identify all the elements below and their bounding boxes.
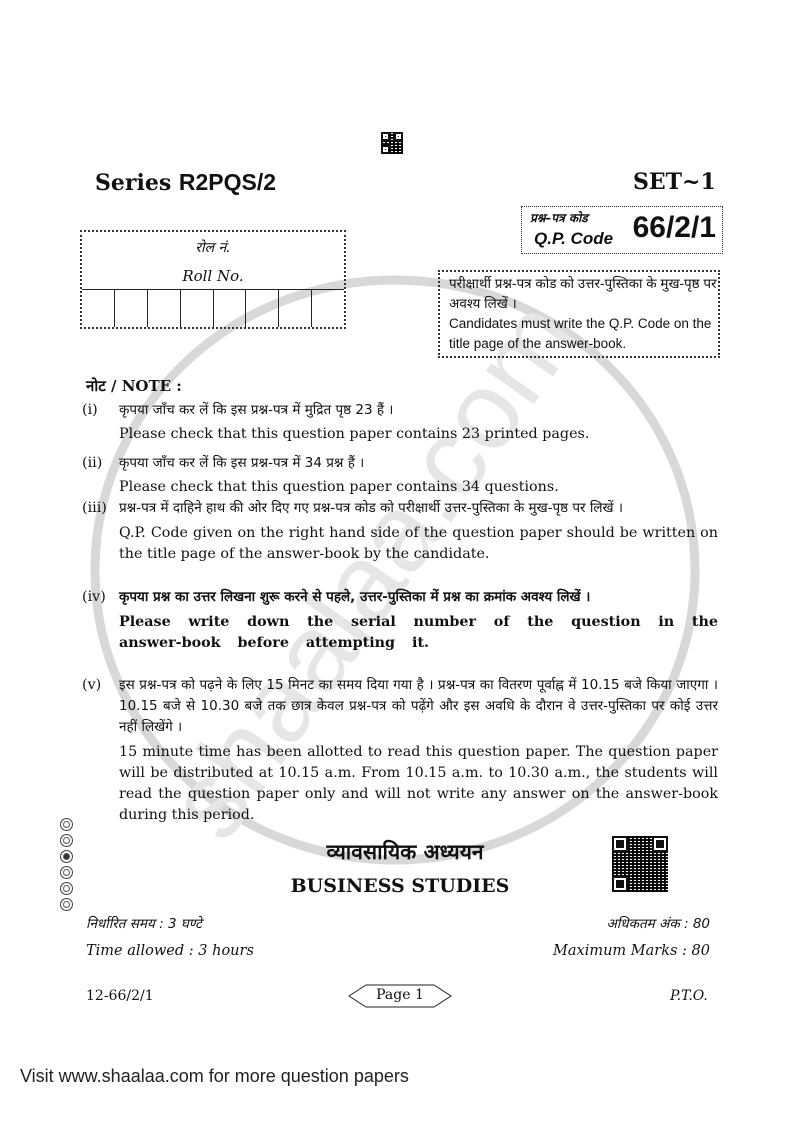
max-marks-hindi: अधिकतम अंक : 80 xyxy=(606,914,710,932)
roll-number-cell[interactable] xyxy=(246,290,279,327)
note-item-english: Please check that this question paper co… xyxy=(119,477,718,498)
qp-code-box: प्रश्न–पत्र कोड Q.P. Code 66/2/1 xyxy=(521,206,723,254)
qp-code-label-hindi: प्रश्न–पत्र कोड xyxy=(530,209,588,226)
series-label: Series R2PQS/2 xyxy=(95,169,276,196)
roll-number-cells xyxy=(82,289,344,327)
roll-label-english: Roll No. xyxy=(82,267,344,285)
qp-code-value: 66/2/1 xyxy=(633,211,716,245)
subject-title-hindi: व्यावसायिक अध्ययन xyxy=(290,838,520,866)
candidate-instruction-english: Candidates must write the Q.P. Code on t… xyxy=(449,314,718,354)
note-item-hindi: कृपया प्रश्न का उत्तर लिखना शुरू करने से… xyxy=(119,587,718,608)
series-code: R2PQS/2 xyxy=(179,169,276,195)
top-qr-code-icon xyxy=(381,132,403,154)
roll-number-cell[interactable] xyxy=(214,290,247,327)
paper-code-footer: 12-66/2/1 xyxy=(86,988,154,1004)
roll-number-cell[interactable] xyxy=(148,290,181,327)
note-item: (ii) कृपया जाँच कर लें कि इस प्रश्न-पत्र… xyxy=(82,453,718,498)
qp-code-label-english: Q.P. Code xyxy=(534,229,613,249)
page-number-tag: Page 1 xyxy=(348,984,452,1008)
candidate-instruction-hindi: परीक्षार्थी प्रश्न-पत्र कोड को उत्तर-पुस… xyxy=(449,274,718,314)
roll-number-cell[interactable] xyxy=(312,290,344,327)
note-item-english: Please write down the serial number of t… xyxy=(119,612,718,654)
note-item-english: Q.P. Code given on the right hand side o… xyxy=(119,523,718,565)
roll-label-hindi: रोल नं. xyxy=(82,238,344,257)
note-item: (iv) कृपया प्रश्न का उत्तर लिखना शुरू कर… xyxy=(82,587,718,654)
subject-title-english: BUSINESS STUDIES xyxy=(265,875,535,897)
note-item: (iii) प्रश्न-पत्र में दाहिने हाथ की ओर द… xyxy=(82,498,718,565)
note-item-english: Please check that this question paper co… xyxy=(119,424,718,445)
visit-link[interactable]: Visit www.shaalaa.com for more question … xyxy=(20,1066,409,1087)
note-heading: नोट / NOTE : xyxy=(86,376,182,396)
max-marks-english: Maximum Marks : 80 xyxy=(553,943,710,959)
time-allowed-hindi: निर्धारित समय : 3 घण्टे xyxy=(86,914,202,932)
roll-number-cell[interactable] xyxy=(115,290,148,327)
roll-number-box: रोल नं. Roll No. xyxy=(80,230,346,329)
note-item: (i) कृपया जाँच कर लें कि इस प्रश्न-पत्र … xyxy=(82,400,718,445)
barcode-bead-marks xyxy=(60,818,74,914)
roll-number-cell[interactable] xyxy=(279,290,312,327)
note-item-hindi: प्रश्न-पत्र में दाहिने हाथ की ओर दिए गए … xyxy=(119,498,718,519)
note-item-hindi: कृपया जाँच कर लें कि इस प्रश्न-पत्र में … xyxy=(119,453,718,474)
roll-number-cell[interactable] xyxy=(181,290,214,327)
candidate-instruction-box: परीक्षार्थी प्रश्न-पत्र कोड को उत्तर-पुस… xyxy=(438,270,720,358)
roll-number-cell[interactable] xyxy=(82,290,115,327)
note-item-hindi: कृपया जाँच कर लें कि इस प्रश्न-पत्र में … xyxy=(119,400,718,421)
time-allowed-english: Time allowed : 3 hours xyxy=(86,943,254,959)
note-item-hindi: इस प्रश्न-पत्र को पढ़ने के लिए 15 मिनट क… xyxy=(119,675,718,738)
set-number: SET~1 xyxy=(633,169,716,195)
pto-label: P.T.O. xyxy=(670,988,708,1004)
note-item-english: 15 minute time has been allotted to read… xyxy=(119,742,718,826)
subject-qr-code-icon xyxy=(612,836,668,892)
note-item: (v) इस प्रश्न-पत्र को पढ़ने के लिए 15 मि… xyxy=(82,675,718,826)
